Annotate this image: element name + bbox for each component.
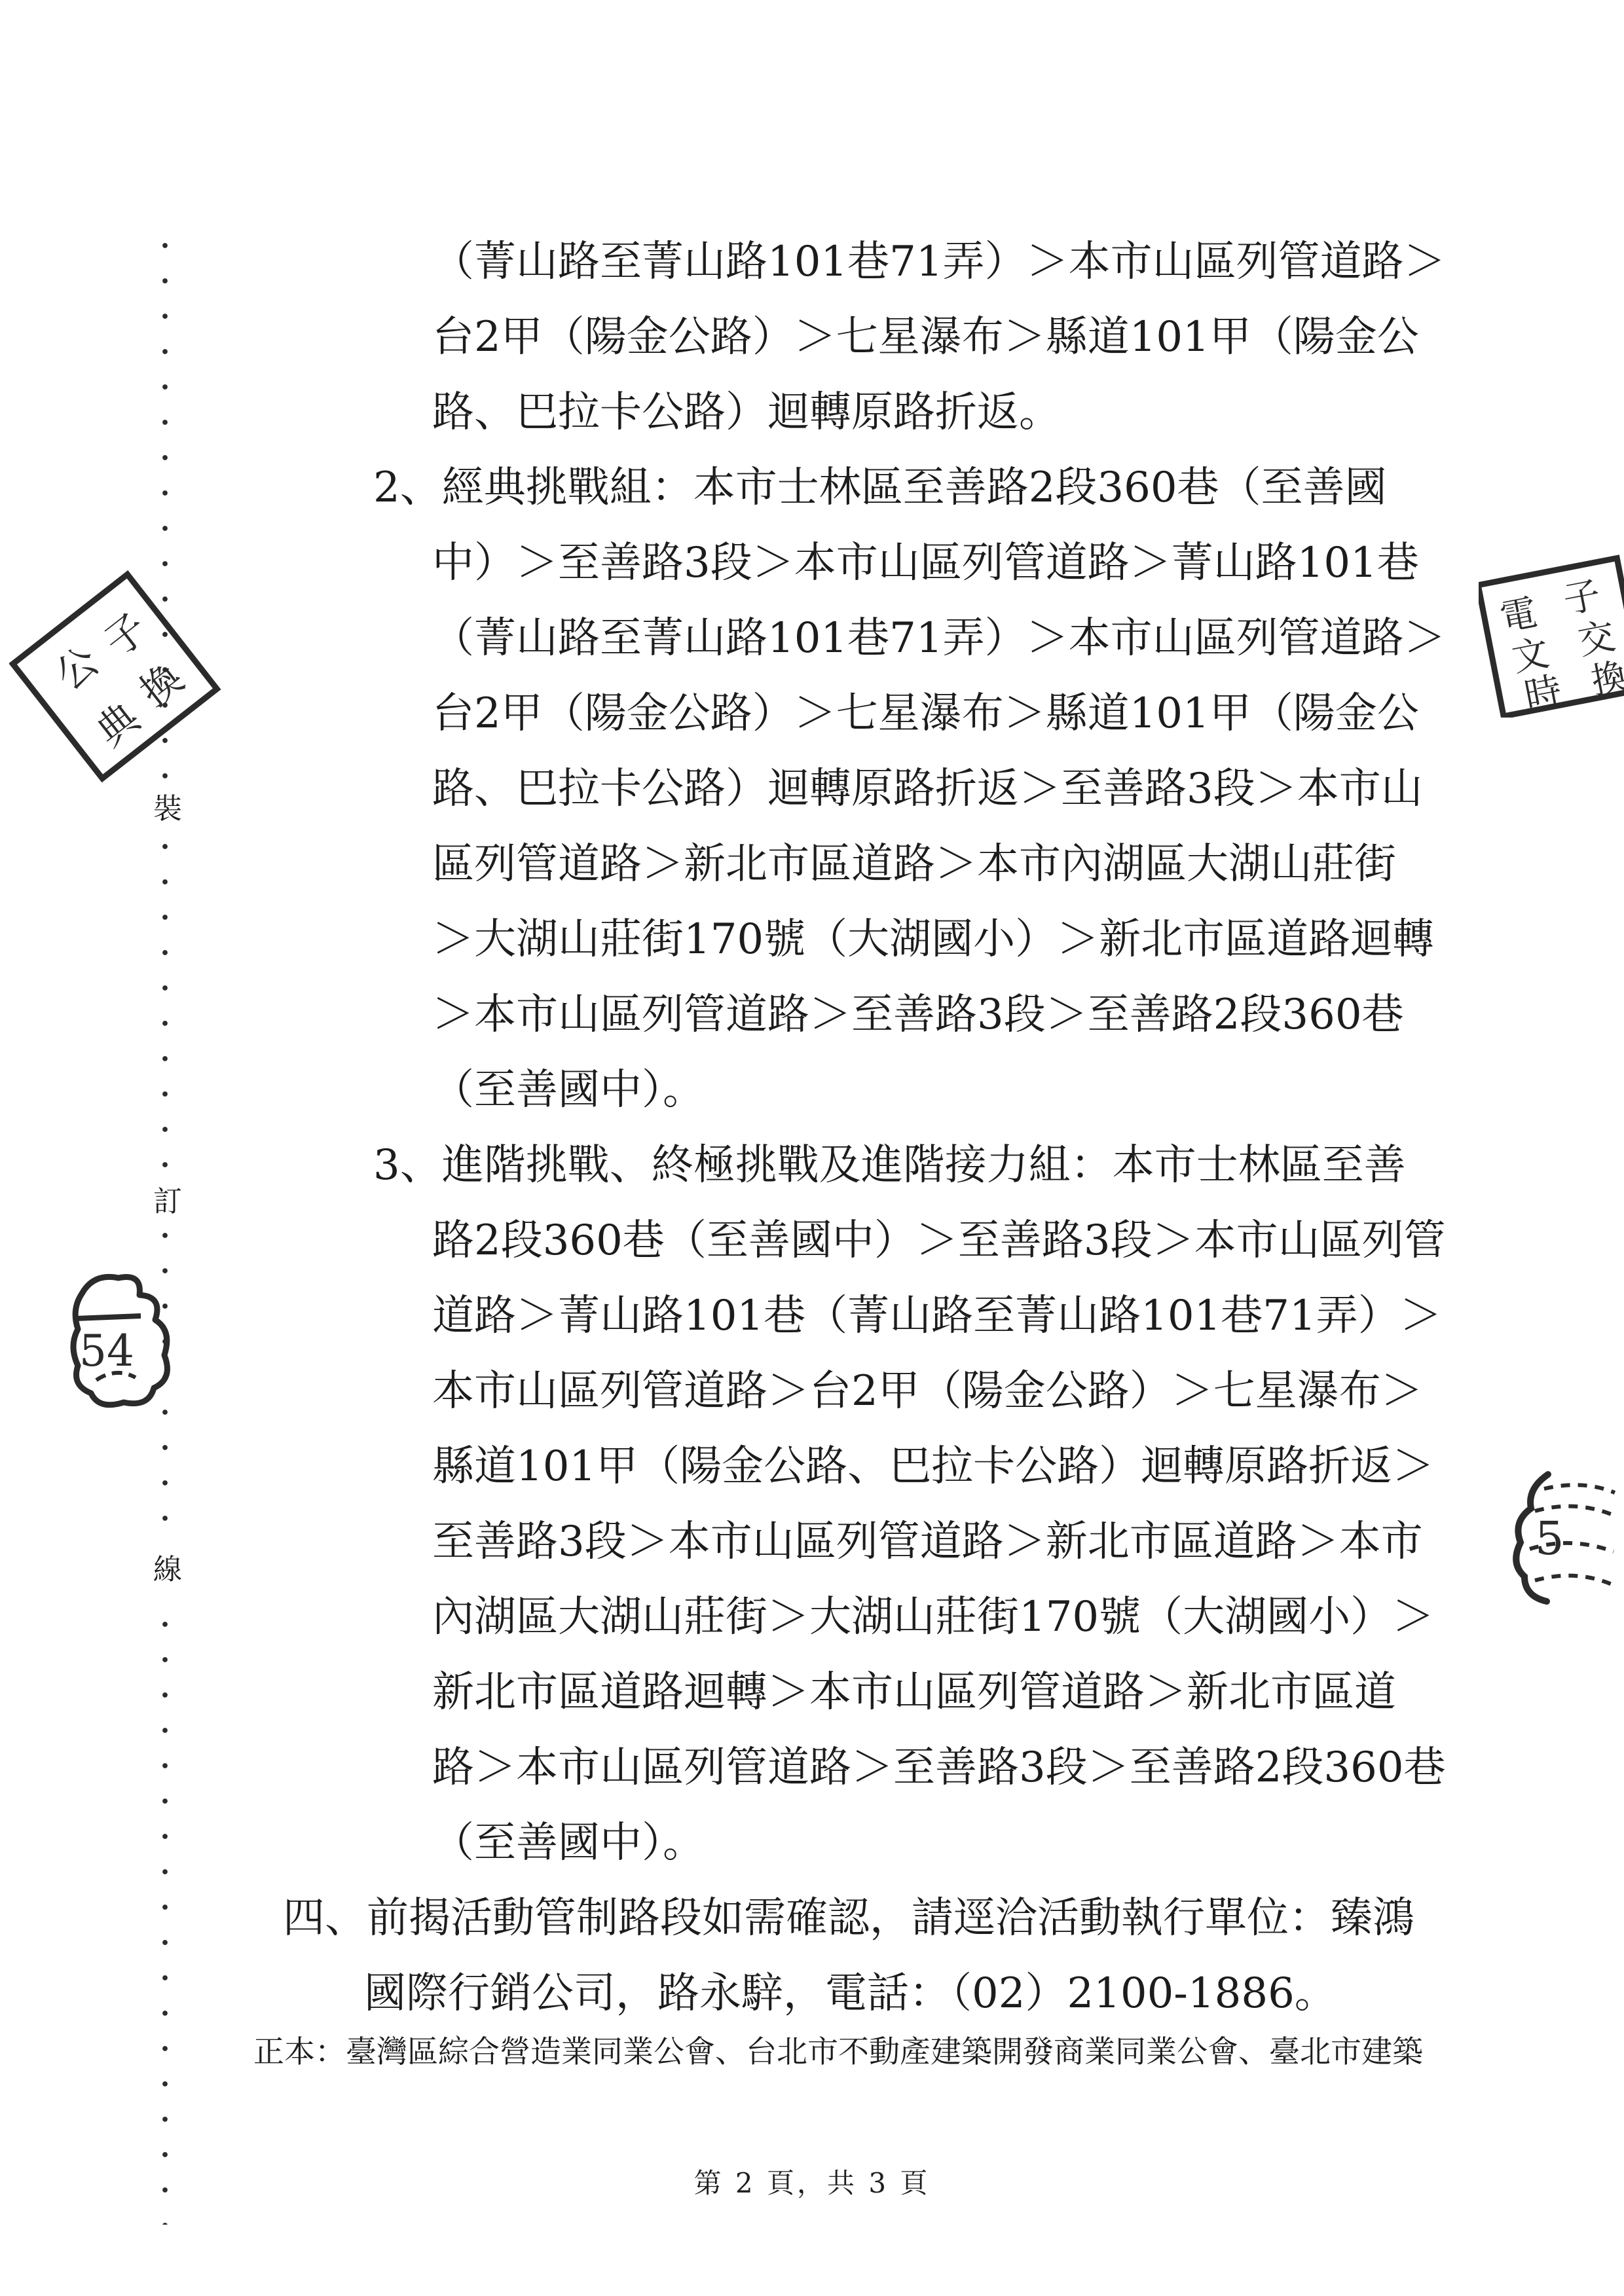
line-text: 至善路3段＞本市山區列管道路＞新北市區道路＞本市	[432, 1518, 1423, 1566]
text-line: ＞大湖山莊街170號（大湖國小）＞新北市區道路迴轉	[432, 902, 1624, 977]
text-line: （至善國中）。	[432, 1806, 1624, 1881]
line-text: 路＞本市山區列管道路＞至善路3段＞至善路2段360巷	[432, 1743, 1446, 1792]
text-line: 本市山區列管道路＞台2甲（陽金公路）＞七星瀑布＞	[432, 1354, 1624, 1429]
stamp-char: 交	[1575, 615, 1619, 663]
line-text: 前揭活動管制路段如需確認，請逕洽活動執行單位：臻鴻	[367, 1894, 1414, 1942]
line-text: 進階挑戰、終極挑戰及進階接力組：本市士林區至善	[442, 1141, 1406, 1190]
text-line: 路＞本市山區列管道路＞至善路3段＞至善路2段360巷	[432, 1730, 1624, 1806]
text-line: 2、經典挑戰組：本市士林區至善路2段360巷（至善國	[373, 450, 1624, 526]
stamp-char: 子	[95, 604, 157, 666]
text-line: （菁山路至菁山路101巷71弄）＞本市山區列管道路＞	[432, 225, 1624, 300]
line-text: 路2段360巷（至善國中）＞至善路3段＞本市山區列管	[432, 1216, 1446, 1265]
text-line: 四、前揭活動管制路段如需確認，請逕洽活動執行單位：臻鴻	[283, 1881, 1624, 1956]
line-text: （至善國中）。	[432, 1066, 705, 1114]
line-text: （菁山路至菁山路101巷71弄）＞本市山區列管道路＞	[432, 238, 1446, 286]
line-text: 經典挑戰組：本市士林區至善路2段360巷（至善國	[442, 464, 1387, 512]
stamp-char: 電	[1497, 591, 1541, 640]
text-line: 內湖區大湖山莊街＞大湖山莊街170號（大湖國小）＞	[432, 1580, 1624, 1655]
line-text: 路、巴拉卡公路）迴轉原路折返。	[432, 388, 1061, 437]
line-text: 區列管道路＞新北市區道路＞本市內湖區大湖山莊街	[432, 840, 1396, 888]
stamp-char: 換	[131, 654, 193, 717]
line-text: ＞大湖山莊街170號（大湖國小）＞新北市區道路迴轉	[432, 915, 1434, 964]
stamp-electronic-exchange: 電 文 時 子 交 換	[1479, 554, 1624, 718]
line-text: （至善國中）。	[432, 1819, 705, 1867]
text-line: 國際行銷公司，路永騂，電話：（02）2100-1886。	[364, 1956, 1624, 2032]
stamp-exchange-partial-left: 子 公 換 典	[9, 555, 225, 797]
text-line: 道路＞菁山路101巷（菁山路至菁山路101巷71弄）＞	[432, 1279, 1624, 1354]
text-line: 區列管道路＞新北市區道路＞本市內湖區大湖山莊街	[432, 827, 1624, 902]
text-line: 台2甲（陽金公路）＞七星瀑布＞縣道101甲（陽金公	[432, 676, 1624, 752]
text-line: 3、進階挑戰、終極挑戰及進階接力組：本市士林區至善	[373, 1128, 1624, 1203]
line-text: 本市山區列管道路＞台2甲（陽金公路）＞七星瀑布＞	[432, 1367, 1423, 1415]
line-text: 道路＞菁山路101巷（菁山路至菁山路101巷71弄）＞	[432, 1292, 1442, 1340]
line-text: 內湖區大湖山莊街＞大湖山莊街170號（大湖國小）＞	[432, 1593, 1434, 1641]
text-line: 新北市區道路迴轉＞本市山區列管道路＞新北市區道	[432, 1655, 1624, 1730]
line-text: ＞本市山區列管道路＞至善路3段＞至善路2段360巷	[432, 991, 1404, 1039]
item-number: 3、	[373, 1141, 442, 1190]
text-line: ＞本市山區列管道路＞至善路3段＞至善路2段360巷	[432, 977, 1624, 1053]
stamp-char: 時	[1521, 669, 1565, 718]
stamp-number-5-text: 5	[1535, 1512, 1564, 1565]
line-text: 路、巴拉卡公路）迴轉原路折返＞至善路3段＞本市山	[432, 765, 1423, 813]
line-text: 新北市區道路迴轉＞本市山區列管道路＞新北市區道	[432, 1668, 1396, 1717]
line-text: 縣道101甲（陽金公路、巴拉卡公路）迴轉原路折返＞	[432, 1442, 1434, 1491]
text-line: 至善路3段＞本市山區列管道路＞新北市區道路＞本市	[432, 1504, 1624, 1580]
line-text: 台2甲（陽金公路）＞七星瀑布＞縣道101甲（陽金公	[432, 313, 1419, 361]
text-line: 路、巴拉卡公路）迴轉原路折返。	[432, 375, 1624, 450]
text-line: 中）＞至善路3段＞本市山區列管道路＞菁山路101巷	[432, 526, 1624, 601]
line-text: 台2甲（陽金公路）＞七星瀑布＞縣道101甲（陽金公	[432, 689, 1419, 738]
text-line: 縣道101甲（陽金公路、巴拉卡公路）迴轉原路折返＞	[432, 1429, 1624, 1504]
recipients-line: 正本：臺灣區綜合營造業同業公會、台北市不動產建築開發商業同業公會、臺北市建築	[253, 2030, 1423, 2075]
item-number: 2、	[373, 464, 442, 512]
line-text: （菁山路至菁山路101巷71弄）＞本市山區列管道路＞	[432, 614, 1446, 663]
text-line: （菁山路至菁山路101巷71弄）＞本市山區列管道路＞	[432, 601, 1624, 676]
line-text: 國際行銷公司，路永騂，電話：（02）2100-1886。	[364, 1969, 1337, 2018]
text-line: （至善國中）。	[432, 1053, 1624, 1128]
line-text: 中）＞至善路3段＞本市山區列管道路＞菁山路101巷	[432, 539, 1419, 587]
stamp-char: 公	[46, 637, 108, 700]
item-number: 四、	[283, 1894, 367, 1942]
stamp-number-54-text: 54	[79, 1326, 134, 1376]
stamp-number-5: 5	[1505, 1470, 1624, 1611]
scanned-document-page: { "colors": { "paper": "#ffffff", "ink":…	[0, 0, 1624, 2296]
stamp-number-54: 54	[56, 1256, 183, 1416]
text-line: 路2段360巷（至善國中）＞至善路3段＞本市山區列管	[432, 1203, 1624, 1279]
page-number-footer: 第 2 頁，共 3 頁	[0, 2162, 1624, 2201]
body-lines: （菁山路至菁山路101巷71弄）＞本市山區列管道路＞台2甲（陽金公路）＞七星瀑布…	[0, 225, 1624, 2032]
stamp-char: 子	[1560, 574, 1604, 622]
text-line: 路、巴拉卡公路）迴轉原路折返＞至善路3段＞本市山	[432, 752, 1624, 827]
text-line: 台2甲（陽金公路）＞七星瀑布＞縣道101甲（陽金公	[432, 300, 1624, 375]
